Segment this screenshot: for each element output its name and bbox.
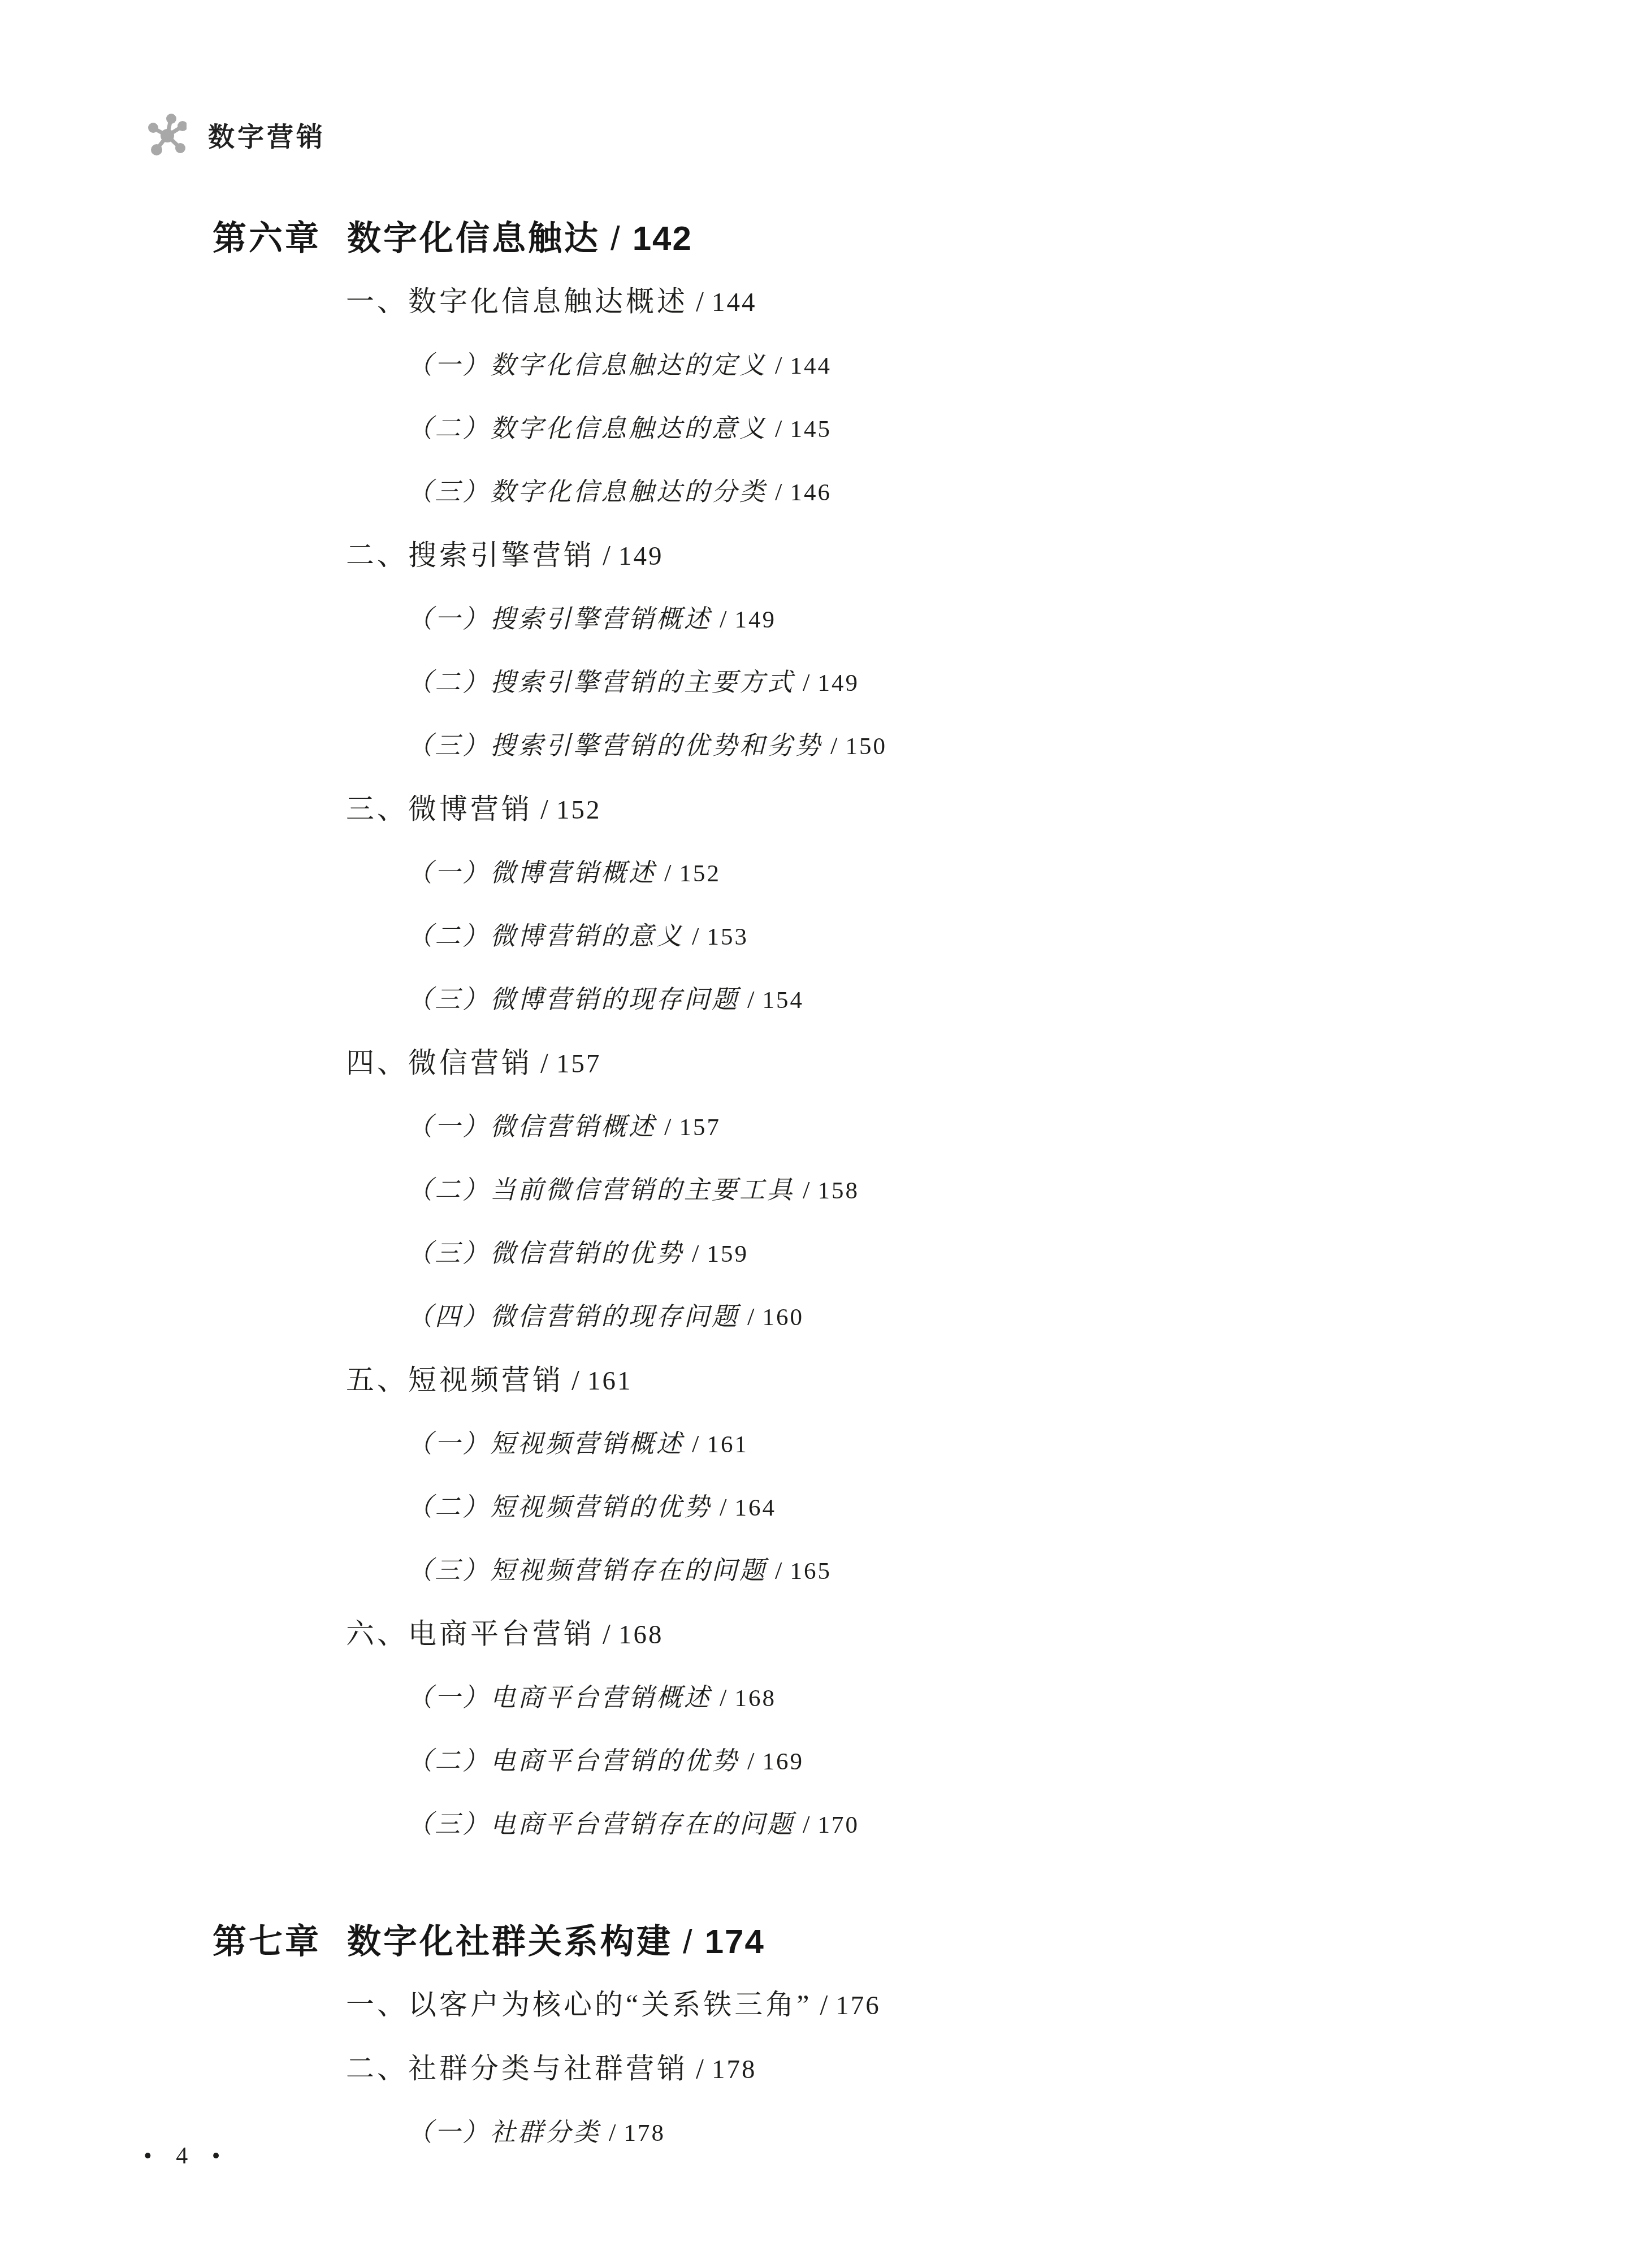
subsection-number: （二） <box>407 1493 490 1521</box>
page-separator: / <box>692 1239 699 1267</box>
chapter-label: 第七章 <box>213 1923 321 1960</box>
section-title: 数字化信息触达概述 <box>408 285 688 317</box>
toc-subsection: （二）搜索引擎营销的主要方式/149 <box>407 651 1628 715</box>
page-separator: / <box>803 1810 810 1838</box>
section-title: 社群分类与社群营销 <box>408 2053 688 2084</box>
subsection-title: 电商平台营销存在的问题 <box>490 1810 795 1838</box>
section-page: 176 <box>835 1991 881 2020</box>
subsection-page: 165 <box>790 1558 832 1585</box>
subsection-number: （二） <box>407 1176 490 1204</box>
page-separator: / <box>692 1430 699 1458</box>
page-separator: / <box>603 539 610 571</box>
subsection-number: （三） <box>407 985 490 1014</box>
page-separator: / <box>603 1618 610 1650</box>
toc-subsection: （二）电商平台营销的优势/169 <box>407 1730 1628 1793</box>
toc-subsection: （一）搜索引擎营销概述/149 <box>407 588 1628 651</box>
subsection-page: 149 <box>735 607 777 633</box>
section-number: 一、 <box>346 1989 408 2020</box>
section-number: 六、 <box>346 1618 408 1650</box>
toc-section: 二、社群分类与社群营销/178 <box>346 2037 1628 2101</box>
chapter-page: 174 <box>705 1923 765 1960</box>
molecule-icon <box>148 113 187 156</box>
subsection-page: 164 <box>735 1495 777 1521</box>
subsection-page: 158 <box>818 1178 860 1204</box>
subsection-number: （三） <box>407 1239 490 1267</box>
chapter-label: 第六章 <box>213 219 321 257</box>
page-separator: / <box>664 859 672 887</box>
subsection-title: 数字化信息触达的意义 <box>490 414 767 443</box>
page-separator: / <box>683 1923 695 1960</box>
subsection-number: （三） <box>407 478 490 506</box>
section-page: 157 <box>556 1049 601 1079</box>
book-title: 数字营销 <box>208 116 326 154</box>
section-title: 搜索引擎营销 <box>408 539 595 571</box>
subsection-page: 150 <box>846 733 887 760</box>
subsection-page: 149 <box>818 670 860 696</box>
toc-subsection: （一）电商平台营销概述/168 <box>407 1667 1628 1730</box>
page-separator: / <box>775 478 782 506</box>
page-separator: / <box>692 922 699 950</box>
section-title: 短视频营销 <box>408 1364 564 1396</box>
subsection-number: （一） <box>407 351 490 379</box>
subsection-title: 微博营销概述 <box>490 859 656 887</box>
page-separator: / <box>696 2053 704 2084</box>
page-separator: / <box>803 668 810 696</box>
folio-number: • 4 • <box>144 2143 229 2169</box>
chapter-heading: 第六章数字化信息触达/142 <box>213 207 1628 270</box>
subsection-title: 电商平台营销概述 <box>490 1683 712 1712</box>
section-number: 二、 <box>346 2053 408 2084</box>
subsection-title: 数字化信息触达的分类 <box>490 478 767 506</box>
subsection-number: （四） <box>407 1302 490 1331</box>
page-separator: / <box>696 285 704 317</box>
toc-subsection: （三）微信营销的优势/159 <box>407 1222 1628 1286</box>
subsection-number: （一） <box>407 1683 490 1712</box>
subsection-page: 154 <box>763 987 804 1014</box>
toc-subsection: （一）数字化信息触达的定义/144 <box>407 334 1628 397</box>
page-separator: / <box>540 793 548 825</box>
toc-section: 三、微博营销/152 <box>346 778 1628 842</box>
subsection-number: （一） <box>407 1430 490 1458</box>
subsection-page: 144 <box>790 353 832 379</box>
toc-subsection: （三）电商平台营销存在的问题/170 <box>407 1793 1628 1856</box>
subsection-title: 搜索引擎营销的优势和劣势 <box>490 732 822 760</box>
subsection-title: 短视频营销的优势 <box>490 1493 712 1521</box>
toc-subsection: （二）短视频营销的优势/164 <box>407 1476 1628 1539</box>
section-number: 一、 <box>346 285 408 317</box>
page-separator: / <box>571 1364 579 1396</box>
section-page: 161 <box>587 1366 633 1396</box>
section-number: 二、 <box>346 539 408 571</box>
section-title: 微信营销 <box>408 1047 532 1079</box>
toc-subsection: （二）微博营销的意义/153 <box>407 905 1628 968</box>
toc-subsection: （三）微博营销的现存问题/154 <box>407 968 1628 1032</box>
subsection-number: （三） <box>407 732 490 760</box>
toc-subsection: （三）短视频营销存在的问题/165 <box>407 1539 1628 1603</box>
page-separator: / <box>830 732 838 760</box>
subsection-page: 161 <box>707 1431 749 1458</box>
subsection-title: 微信营销的优势 <box>490 1239 684 1267</box>
page-separator: / <box>609 2118 616 2146</box>
page-separator: / <box>803 1176 810 1204</box>
toc-subsection: （一）短视频营销概述/161 <box>407 1413 1628 1476</box>
section-title: 以客户为核心的“关系铁三角” <box>408 1989 812 2020</box>
subsection-number: （一） <box>407 605 490 633</box>
section-number: 四、 <box>346 1047 408 1079</box>
page-separator: / <box>720 1683 727 1712</box>
subsection-title: 微博营销的意义 <box>490 922 684 950</box>
section-page: 152 <box>556 795 601 825</box>
subsection-page: 153 <box>707 924 749 950</box>
subsection-page: 170 <box>818 1812 860 1838</box>
subsection-number: （三） <box>407 1556 490 1585</box>
toc-subsection: （一）社群分类/178 <box>407 2101 1628 2165</box>
subsection-title: 数字化信息触达的定义 <box>490 351 767 379</box>
subsection-number: （一） <box>407 859 490 887</box>
subsection-title: 短视频营销存在的问题 <box>490 1556 767 1585</box>
section-page: 149 <box>618 542 664 571</box>
subsection-title: 微博营销的现存问题 <box>490 985 739 1014</box>
subsection-number: （二） <box>407 1747 490 1775</box>
subsection-title: 搜索引擎营销的主要方式 <box>490 668 795 696</box>
table-of-contents: 第六章数字化信息触达/142 一、数字化信息触达概述/144 （一）数字化信息触… <box>0 207 1628 2165</box>
toc-subsection: （四）微信营销的现存问题/160 <box>407 1286 1628 1349</box>
section-page: 144 <box>712 288 757 317</box>
toc-subsection: （三）数字化信息触达的分类/146 <box>407 461 1628 524</box>
chapter-title: 数字化信息触达 <box>347 219 600 257</box>
subsection-title: 当前微信营销的主要工具 <box>490 1176 795 1204</box>
page-separator: / <box>775 1556 782 1585</box>
chapter-6-block: 第六章数字化信息触达/142 一、数字化信息触达概述/144 （一）数字化信息触… <box>0 207 1628 1856</box>
page-footer: • 4 • <box>144 2143 229 2170</box>
page-separator: / <box>610 219 622 257</box>
subsection-title: 搜索引擎营销概述 <box>490 605 712 633</box>
subsection-title: 微信营销的现存问题 <box>490 1302 739 1331</box>
subsection-number: （一） <box>407 2118 490 2146</box>
toc-section: 一、以客户为核心的“关系铁三角”/176 <box>346 1973 1628 2037</box>
section-page: 178 <box>712 2055 757 2084</box>
toc-subsection: （二）数字化信息触达的意义/145 <box>407 397 1628 461</box>
subsection-page: 178 <box>624 2120 666 2146</box>
subsection-number: （二） <box>407 414 490 443</box>
page-separator: / <box>720 605 727 633</box>
section-title: 电商平台营销 <box>408 1618 595 1650</box>
page-separator: / <box>747 1302 755 1331</box>
chapter-title: 数字化社群关系构建 <box>347 1923 673 1960</box>
subsection-page: 146 <box>790 479 832 506</box>
chapter-page: 142 <box>633 219 692 257</box>
subsection-title: 社群分类 <box>490 2118 601 2146</box>
chapter-7-block: 第七章数字化社群关系构建/174 一、以客户为核心的“关系铁三角”/176 二、… <box>0 1910 1628 2165</box>
toc-section: 六、电商平台营销/168 <box>346 1603 1628 1667</box>
page-separator: / <box>775 351 782 379</box>
toc-section: 二、搜索引擎营销/149 <box>346 524 1628 588</box>
page-separator: / <box>747 985 755 1014</box>
subsection-page: 160 <box>763 1304 804 1331</box>
page-separator: / <box>820 1989 828 2020</box>
page-header: 数字营销 <box>148 113 326 156</box>
toc-section: 五、短视频营销/161 <box>346 1349 1628 1413</box>
section-number: 五、 <box>346 1364 408 1396</box>
page-separator: / <box>720 1493 727 1521</box>
subsection-title: 电商平台营销的优势 <box>490 1747 739 1775</box>
chapter-heading: 第七章数字化社群关系构建/174 <box>213 1910 1628 1973</box>
subsection-page: 152 <box>679 860 721 887</box>
toc-subsection: （三）搜索引擎营销的优势和劣势/150 <box>407 715 1628 778</box>
section-title: 微博营销 <box>408 793 532 825</box>
toc-subsection: （一）微博营销概述/152 <box>407 842 1628 905</box>
subsection-number: （三） <box>407 1810 490 1838</box>
toc-section: 一、数字化信息触达概述/144 <box>346 270 1628 334</box>
page-separator: / <box>747 1747 755 1775</box>
section-number: 三、 <box>346 793 408 825</box>
subsection-page: 168 <box>735 1685 777 1712</box>
toc-subsection: （一）微信营销概述/157 <box>407 1096 1628 1159</box>
page-separator: / <box>775 414 782 443</box>
subsection-number: （二） <box>407 668 490 696</box>
page-separator: / <box>664 1113 672 1141</box>
subsection-number: （一） <box>407 1113 490 1141</box>
subsection-page: 159 <box>707 1241 749 1267</box>
subsection-title: 微信营销概述 <box>490 1113 656 1141</box>
subsection-page: 157 <box>679 1114 721 1141</box>
subsection-page: 169 <box>763 1748 804 1775</box>
subsection-page: 145 <box>790 416 832 443</box>
page-separator: / <box>540 1047 548 1079</box>
subsection-title: 短视频营销概述 <box>490 1430 684 1458</box>
toc-section: 四、微信营销/157 <box>346 1032 1628 1096</box>
toc-page: 数字营销 第六章数字化信息触达/142 一、数字化信息触达概述/144 （一）数… <box>0 0 1628 2268</box>
section-page: 168 <box>618 1620 664 1650</box>
toc-subsection: （二）当前微信营销的主要工具/158 <box>407 1159 1628 1222</box>
subsection-number: （二） <box>407 922 490 950</box>
